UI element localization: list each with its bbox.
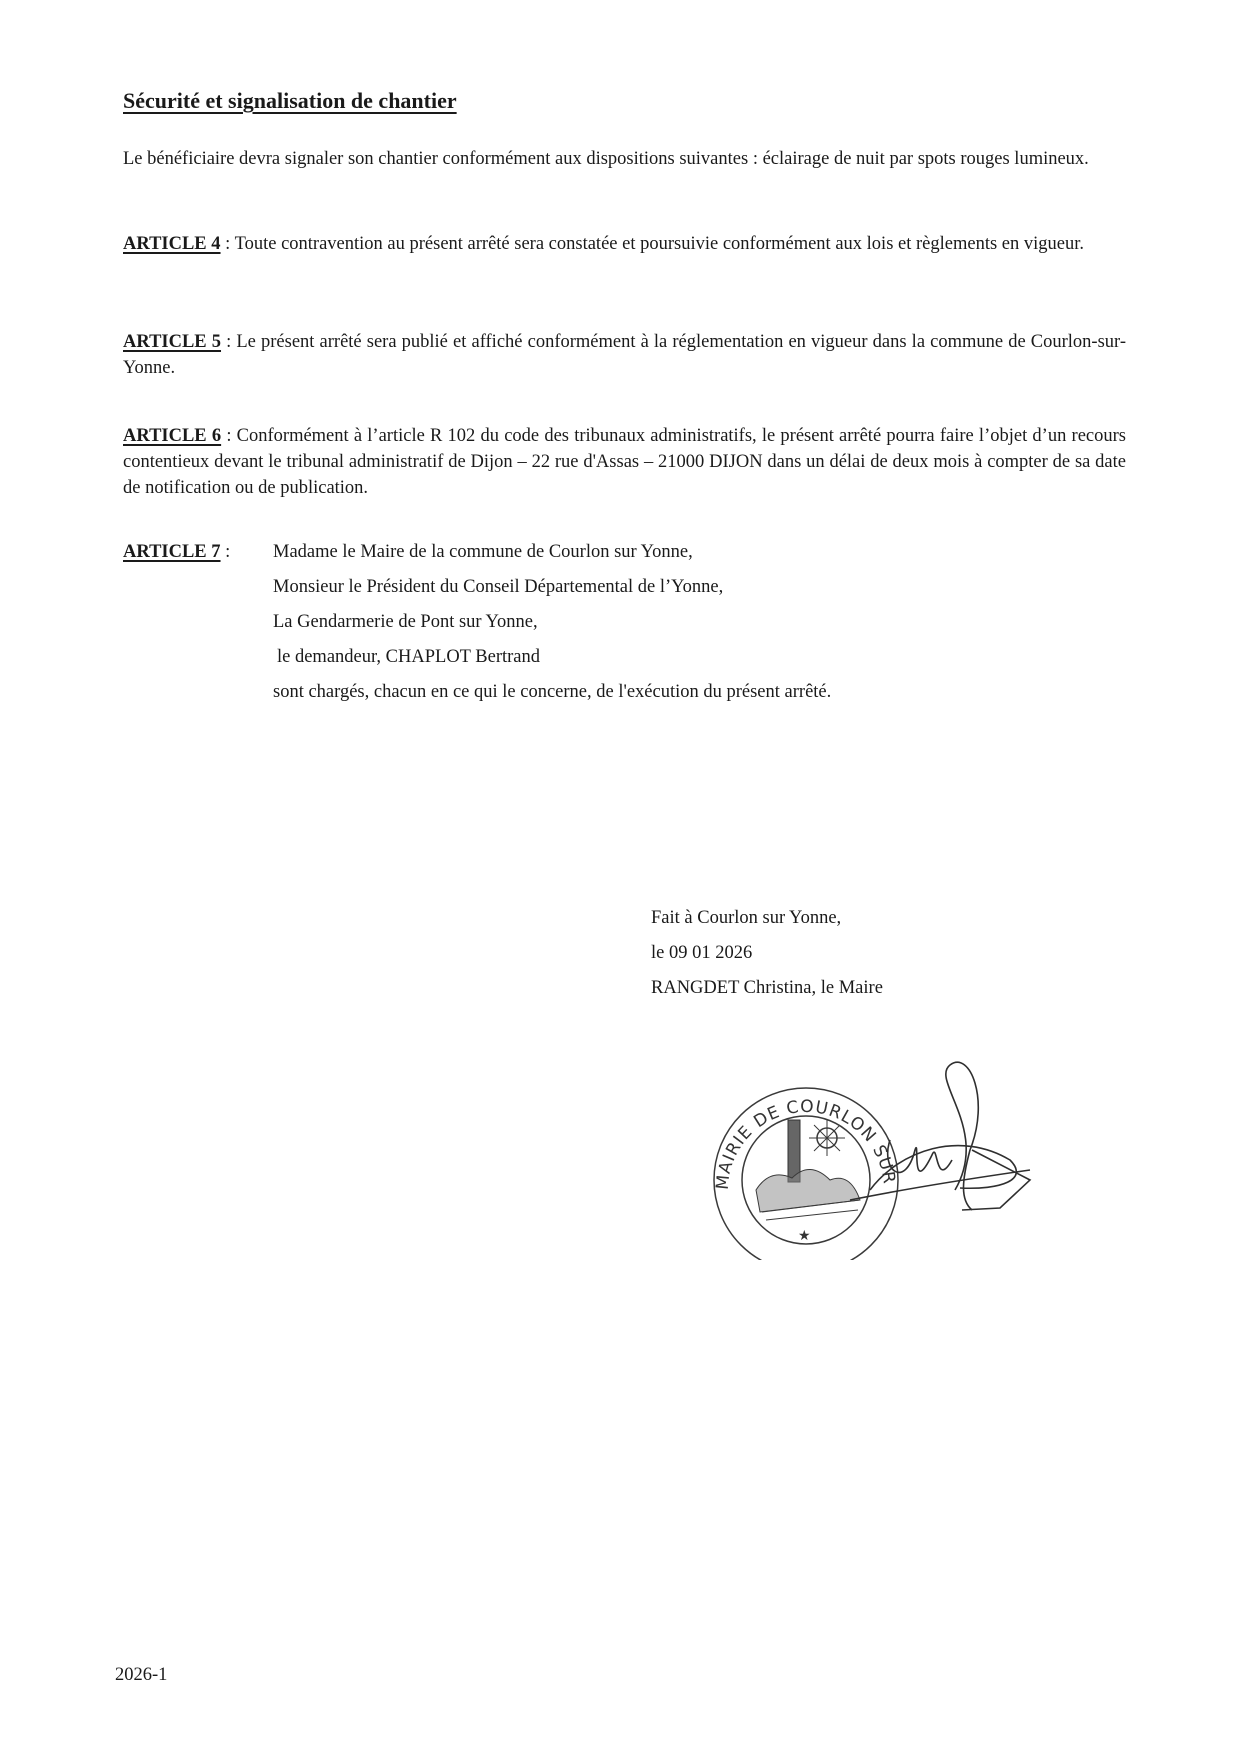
- article-6-text: : Conformément à l’article R 102 du code…: [123, 426, 1126, 498]
- recipient-item: La Gendarmerie de Pont sur Yonne,: [273, 609, 831, 644]
- svg-text:★: ★: [798, 1229, 811, 1244]
- signature-place: Fait à Courlon sur Yonne,: [651, 905, 883, 940]
- recipient-item: Madame le Maire de la commune de Courlon…: [273, 539, 831, 574]
- recipient-item: Monsieur le Président du Conseil Départe…: [273, 574, 831, 609]
- execution-clause: sont chargés, chacun en ce qui le concer…: [273, 679, 831, 714]
- signature-date: le 09 01 2026: [651, 940, 883, 975]
- document-reference: 2026-1: [115, 1665, 167, 1686]
- article-6-label: ARTICLE 6: [123, 426, 221, 446]
- article-7-recipients: Madame le Maire de la commune de Courlon…: [273, 539, 831, 714]
- article-4: ARTICLE 4 : Toute contravention au prése…: [123, 231, 1126, 257]
- article-5-text: : Le présent arrêté sera publié et affic…: [123, 332, 1126, 378]
- article-5: ARTICLE 5 : Le présent arrêté sera publi…: [123, 329, 1126, 381]
- article-7: ARTICLE 7 :: [123, 539, 230, 565]
- article-4-label: ARTICLE 4: [123, 234, 221, 254]
- section-heading: Sécurité et signalisation de chantier: [123, 88, 457, 114]
- article-4-text: : Toute contravention au présent arrêté …: [221, 234, 1084, 254]
- signature-block: Fait à Courlon sur Yonne, le 09 01 2026 …: [651, 905, 883, 1010]
- recipient-item: le demandeur, CHAPLOT Bertrand: [273, 644, 831, 679]
- seal-and-signature: MAIRIE DE COURLON SUR YONNE ★: [700, 1040, 1040, 1260]
- article-7-label: ARTICLE 7: [123, 542, 221, 562]
- official-seal-icon: MAIRIE DE COURLON SUR YONNE ★: [700, 1040, 899, 1260]
- article-7-colon: :: [221, 542, 231, 562]
- article-6: ARTICLE 6 : Conformément à l’article R 1…: [123, 423, 1126, 501]
- signatory-name: RANGDET Christina, le Maire: [651, 975, 883, 1010]
- article-5-label: ARTICLE 5: [123, 332, 221, 352]
- document-page: Sécurité et signalisation de chantier Le…: [0, 0, 1240, 1754]
- intro-paragraph: Le bénéficiaire devra signaler son chant…: [123, 146, 1126, 172]
